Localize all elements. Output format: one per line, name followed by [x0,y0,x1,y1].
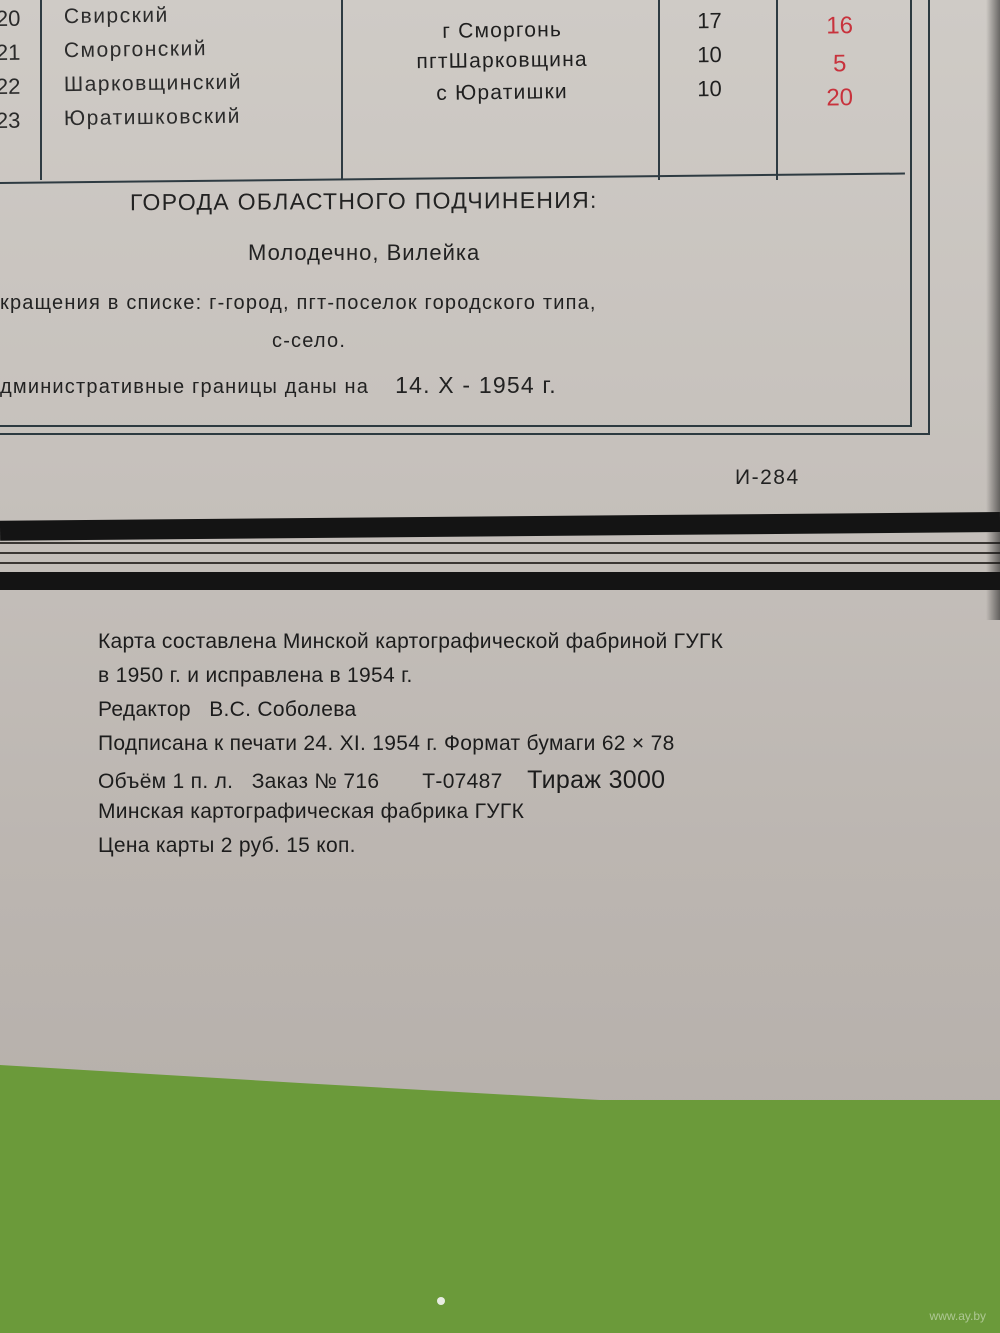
district-center: г Сморгонь [345,17,660,45]
editor-name: В.С. Соболева [209,698,356,721]
district-name: Юратишковский [64,105,241,131]
value-column-2: 16 [779,11,899,41]
decorative-stripe-thin [0,542,1000,544]
value-column-1: 17 [659,7,759,34]
value-column-2: 20 [780,83,900,113]
imprint-compiled-by: Карта составлена Минской картографическо… [98,630,958,664]
decorative-stripe-thick [0,572,1000,590]
imprint-volume-order: Объём 1 п. л. Заказ № 716 Т-07487 Тираж … [98,766,958,800]
order-number: Заказ № 716 [252,770,380,793]
row-number: 20 [0,6,28,32]
sheet-code: И-284 [735,466,800,490]
abbreviations-line-1: кращения в списке: г-город, пгт-поселок … [0,292,597,315]
regional-cities-list: Молодечно, Вилейка [248,240,480,266]
abbreviations-line-2: с-село. [272,330,346,353]
watermark: www.ay.by [930,1309,986,1323]
imprint-factory: Минская картографическая фабрика ГУГК [98,800,958,834]
district-center: с Юратишки [344,79,659,107]
imprint-years: в 1950 г. и исправлена в 1954 г. [98,664,958,698]
print-run: Тираж 3000 [527,766,665,794]
imprint-block: Карта составлена Минской картографическо… [98,630,958,868]
value-column-1: 10 [659,41,759,68]
district-name: Шарковщинский [64,71,242,97]
decorative-stripe-thin [0,562,1000,564]
admin-borders-note: дминистративные границы даны на14. X - 1… [0,372,557,399]
decorative-stripe-thin [0,552,1000,554]
district-name: Свирский [64,4,169,29]
row-number: 21 [0,40,28,66]
volume: Объём 1 п. л. [98,770,233,793]
value-column-2: 5 [780,49,900,79]
map-sheet-paper: с Свирь 12 10 20 Свирский 21 Сморгонский… [0,0,1000,1130]
district-name: Сморгонский [64,37,207,63]
district-center: пгтШарковщина [344,47,659,75]
imprint-signed-format: Подписана к печати 24. XI. 1954 г. Форма… [98,732,958,766]
regional-cities-heading: ГОРОДА ОБЛАСТНОГО ПОДЧИНЕНИЯ: [130,187,598,216]
decorative-stripe-thick [0,512,1000,541]
row-number: 22 [0,74,28,100]
value-column-1: 10 [659,75,759,102]
admin-borders-date: 14. X - 1954 г. [395,372,557,398]
editor-label: Редактор [98,698,191,721]
print-code: Т-07487 [422,770,502,793]
admin-borders-label: дминистративные границы даны на [0,376,369,398]
imprint-price: Цена карты 2 руб. 15 коп. [98,834,958,868]
imprint-editor: Редактор В.С. Соболева [98,698,958,732]
row-number: 23 [0,108,28,134]
dust-speck [437,1297,445,1305]
